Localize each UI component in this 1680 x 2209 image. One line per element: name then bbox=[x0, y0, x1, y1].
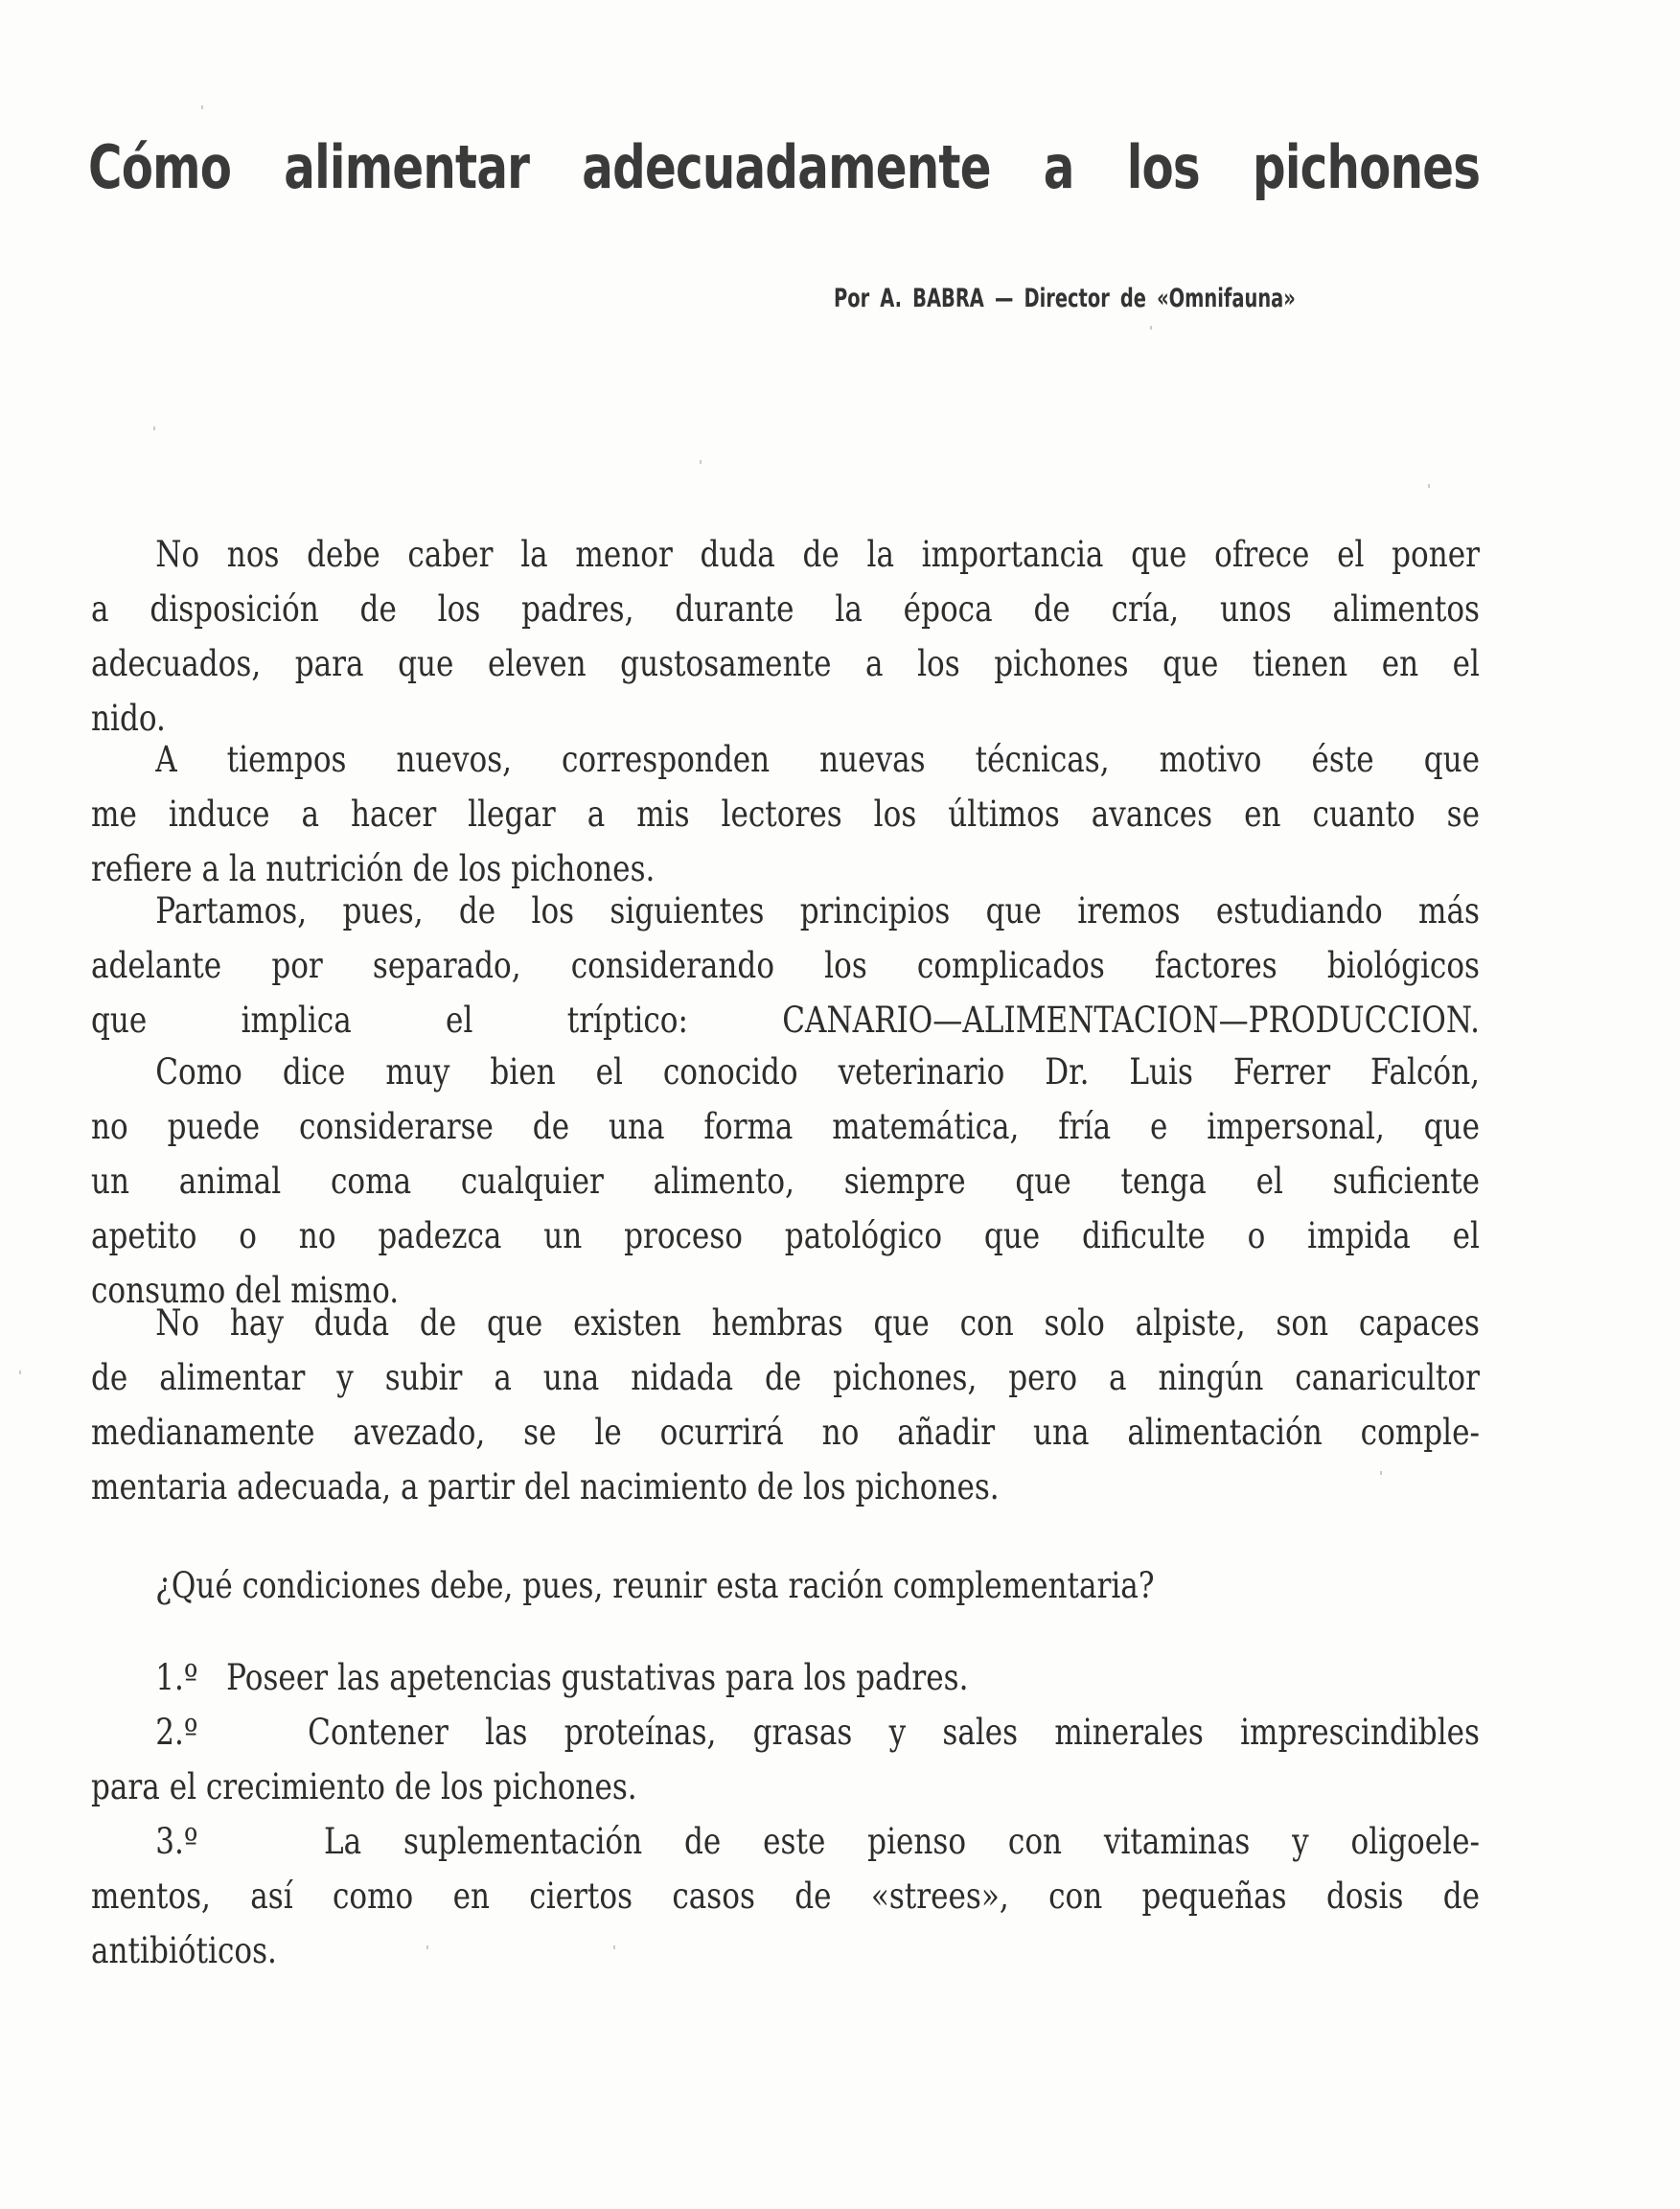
text-line: mentaria adecuada, a partir del nacimien… bbox=[91, 1460, 1480, 1514]
text-line: adelante por separado, considerando los … bbox=[91, 938, 1480, 993]
scan-speck bbox=[1380, 1471, 1382, 1475]
text-line: adecuados, para que eleven gustosamente … bbox=[91, 636, 1480, 691]
text-line: Partamos, pues, de los siguientes princi… bbox=[91, 884, 1480, 938]
scan-speck bbox=[613, 1945, 615, 1949]
condition-number: 2.º bbox=[155, 1712, 197, 1753]
scanned-page: Cómo alimentar adecuadamente a los picho… bbox=[0, 0, 1680, 2209]
text-line: A tiempos nuevos, corresponden nuevas té… bbox=[91, 732, 1480, 787]
condition-text: Poseer las apetencias gustativas para lo… bbox=[226, 1657, 968, 1698]
article-title: Cómo alimentar adecuadamente a los picho… bbox=[88, 132, 1164, 202]
condition-number: 1.º bbox=[155, 1657, 197, 1698]
scan-speck bbox=[1380, 182, 1382, 186]
scan-speck bbox=[700, 460, 702, 464]
text-line: un animal coma cualquier alimento, siemp… bbox=[91, 1154, 1480, 1208]
text-line: que implica el tríptico: CANARIO—ALIMENT… bbox=[91, 993, 1480, 1047]
scan-speck bbox=[201, 105, 203, 109]
paragraph-5: No hay duda de que existen hembras que c… bbox=[91, 1296, 1481, 1514]
text-line: apetito o no padezca un proceso patológi… bbox=[91, 1208, 1480, 1263]
question-line: ¿Qué condiciones debe, pues, reunir esta… bbox=[91, 1558, 1480, 1613]
text-line: me induce a hacer llegar a mis lectores … bbox=[91, 787, 1480, 841]
scan-speck bbox=[1150, 326, 1152, 330]
text-line: medianamente avezado, se le ocurrirá no … bbox=[91, 1405, 1480, 1460]
text-line: mentos, así como en ciertos casos de «st… bbox=[91, 1869, 1480, 1923]
condition-item-3: 3.º La suplementación de este pienso con… bbox=[91, 1814, 1480, 1869]
text-line: no puede considerarse de una forma matem… bbox=[91, 1099, 1480, 1154]
paragraph-2: A tiempos nuevos, corresponden nuevas té… bbox=[91, 732, 1481, 896]
condition-item-1: 1.º Poseer las apetencias gustativas par… bbox=[91, 1650, 1480, 1705]
article-byline: Por A. BABRA — Director de «Omnifauna» bbox=[834, 284, 1296, 313]
question-paragraph: ¿Qué condiciones debe, pues, reunir esta… bbox=[91, 1558, 1481, 1613]
text-line: para el crecimiento de los pichones. bbox=[91, 1760, 1480, 1814]
conditions-list: 1.º Poseer las apetencias gustativas par… bbox=[91, 1650, 1481, 1978]
text-line: de alimentar y subir a una nidada de pic… bbox=[91, 1350, 1480, 1405]
scan-speck bbox=[426, 1945, 428, 1949]
condition-text: Contener las proteínas, grasas y sales m… bbox=[308, 1712, 1480, 1753]
paragraph-1: No nos debe caber la menor duda de la im… bbox=[91, 527, 1481, 746]
text-line: antibióticos. bbox=[91, 1923, 1480, 1978]
text-line: Como dice muy bien el conocido veterinar… bbox=[91, 1045, 1480, 1099]
condition-text: La suplementación de este pienso con vit… bbox=[324, 1821, 1480, 1862]
paragraph-3: Partamos, pues, de los siguientes princi… bbox=[91, 884, 1481, 1047]
scan-speck bbox=[19, 1370, 21, 1374]
paragraph-4: Como dice muy bien el conocido veterinar… bbox=[91, 1045, 1481, 1318]
scan-speck bbox=[153, 426, 155, 430]
text-line: No nos debe caber la menor duda de la im… bbox=[91, 527, 1480, 582]
scan-speck bbox=[1428, 484, 1430, 488]
text-line: a disposición de los padres, durante la … bbox=[91, 582, 1480, 636]
text-line: No hay duda de que existen hembras que c… bbox=[91, 1296, 1480, 1350]
condition-number: 3.º bbox=[155, 1821, 197, 1862]
condition-item-2: 2.º Contener las proteínas, grasas y sal… bbox=[91, 1705, 1480, 1760]
